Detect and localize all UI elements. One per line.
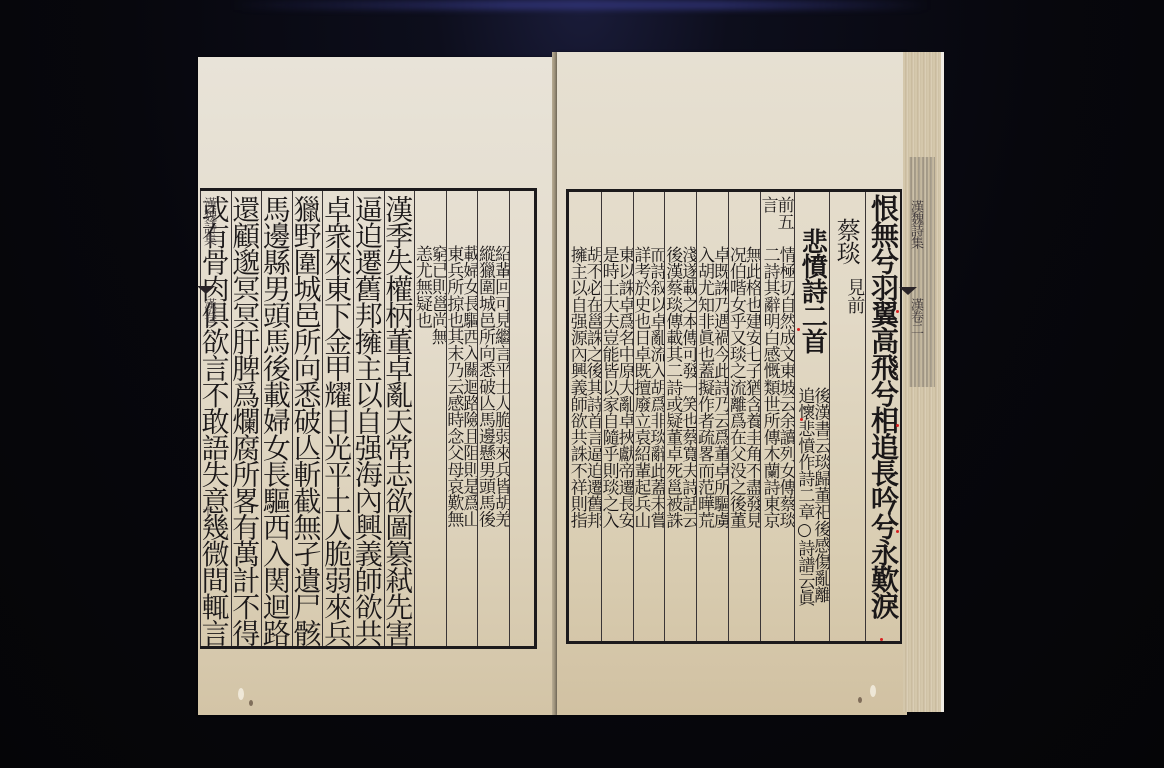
poem-title: 悲憤詩二首	[798, 228, 826, 353]
red-annotation-dot	[896, 310, 899, 313]
commentary-column: 淺遂載之本傳可發一笑也蔡寬夫詩話云 後漢蔡琰傳載其二詩或疑董卓死邕被誅	[664, 192, 696, 641]
poem-text-column: 逼迫遷舊邦擁主以自强海內興義師欲共討不祥	[353, 191, 384, 646]
author-note: 見前	[845, 278, 863, 314]
paper-stain	[249, 700, 253, 706]
title-column: 悲憤詩二首 後漢書云琰歸董祀後感傷亂離 追懷悲憤作詩二章○詩譜云眞	[794, 192, 830, 641]
poem-text-column: 馬邊縣男頭馬後載婦女長驅西入関迴路險且阻	[261, 191, 292, 646]
page-number-label: 十一	[199, 505, 215, 525]
commentary-line: 紹輩回可見繼言平士人脆弱來兵皆胡羌	[493, 191, 509, 646]
red-annotation-dot	[896, 530, 899, 533]
paper-stain	[858, 697, 862, 703]
pre-note: 前五	[776, 196, 792, 230]
commentary-line: 窮已則邕尚無	[430, 191, 446, 646]
volume-label: 漢卷二	[906, 298, 925, 334]
red-annotation-dot	[896, 424, 899, 427]
commentary-column: 東以誅卓爲名中原大亂卓挾獻帝遷長安 是時士大夫豈能皆以家自隨乎則琰之入	[601, 192, 633, 641]
author-name: 蔡琰	[833, 218, 859, 264]
pre-note: 言	[760, 196, 776, 213]
commentary-column: 紹輩回可見繼言平士人脆弱來兵皆胡羌 縱獵圍城邑所向悉破亾馬邊懸男頭馬後	[477, 191, 509, 646]
volume-label: 漢卷二	[199, 298, 218, 334]
book-title-label: 漢魏詩集	[199, 197, 218, 245]
ink-bleed-edges	[909, 157, 935, 387]
paper-stain	[870, 685, 876, 697]
author-column: 蔡琰 見前	[829, 192, 865, 641]
red-annotation-dot	[880, 638, 883, 641]
poem-text-column: 還顧邈冥冥肝脾爲爛腐所畧有萬計不得令屯聚	[231, 191, 262, 646]
commentary-column: 而詩叙以卓亂流入胡爲非琰辭此蓋未嘗 詳考於史也日卓既擅廢立袁紹輩起兵山	[633, 192, 665, 641]
right-columns: 恨無兮羽翼高飛兮相追長吟兮永歎淚下兮沾衣 蔡琰 見前 悲憤詩二首 後漢書云琰歸董…	[569, 192, 900, 641]
left-text-frame: 紹輩回可見繼言平士人脆弱來兵皆胡羌 縱獵圍城邑所向悉破亾馬邊懸男頭馬後 載婦女長…	[200, 188, 537, 649]
poem-text-column: 恨無兮羽翼高飛兮相追長吟兮永歎淚下兮沾衣	[865, 192, 900, 641]
fish-tail-mark	[197, 286, 215, 294]
commentary-column: 胡不必在邕誅之後其詩首言逼迫遷舊邦 擁主以自强源內興義師欲共誅不祥則指	[569, 192, 601, 641]
commentary-column: 卓既誅乃遇禍今此詩乃云爲董卓所驅虜 入胡尤知非眞也蓋擬作者疏畧而范曄荒	[696, 192, 728, 641]
commentary-column: 載婦女長驅西入關迴路險且阻則是爲山 東兵所掠也其末乃云感時念父母哀歎無	[446, 191, 478, 646]
page-edges-stack	[903, 52, 944, 712]
text-column-empty	[509, 191, 534, 646]
commentary-line: 後漢書云琰歸董祀後感傷亂離	[812, 387, 828, 637]
commentary-line: 卓既誅乃遇禍今此詩乃云爲董卓所驅虜	[712, 192, 728, 641]
commentary-line: 而詩叙以卓亂流入胡爲非琰辭此蓋未嘗	[648, 192, 664, 641]
commentary-column: 無此格也建安七子猶含養圭角不盡發見 况伯喈女乎又琰之流離爲在父没之後董	[728, 192, 760, 641]
commentary-line: 淺遂載之本傳可發一笑也蔡寬夫詩話云	[680, 192, 696, 641]
poem-text-column: 卓衆來東下金甲耀日光平土人脆弱來兵皆胡羌	[322, 191, 353, 646]
poem-text-column: 漢季失權柄董卓亂天常志欲圖篡弒先害諸賢良	[384, 191, 415, 646]
commentary-line: 胡不必在邕誅之後其詩首言逼迫遷舊邦	[585, 192, 601, 641]
poem-text-column: 或有骨肉俱欲言不敢語失意幾微間輒言斃降虜	[200, 191, 231, 646]
poem-text-column: 獵野圍城邑所向悉破亾斬截無孑遺尸骸相牚拒	[292, 191, 323, 646]
commentary-line: 無此格也建安七子猶含養圭角不盡發見	[744, 192, 760, 641]
commentary-line: 東以誅卓爲名中原大亂卓挾獻帝遷長安	[617, 192, 633, 641]
left-columns: 紹輩回可見繼言平士人脆弱來兵皆胡羌 縱獵圍城邑所向悉破亾馬邊懸男頭馬後 載婦女長…	[200, 191, 534, 646]
commentary-line: 載婦女長驅西入關迴路險且阻則是爲山	[461, 191, 477, 646]
fish-tail-mark	[899, 287, 917, 295]
commentary-line: 追懷悲憤作詩二章○詩譜云眞	[796, 387, 812, 637]
background-light-reflection	[230, 0, 930, 10]
book-title-label: 漢魏詩集	[906, 200, 925, 248]
commentary-line: 二詩其辭明白感慨類世所傳木蘭詩東京	[762, 246, 778, 528]
red-annotation-dot	[797, 328, 800, 331]
commentary-column: 窮已則邕尚無 恙尤無疑也	[414, 191, 446, 646]
pre-note-column: 前五 言 情極切自然成文東坡云余讀列女傳蔡琰 二詩其辭明白感慨類世所傳木蘭詩東京	[760, 192, 794, 641]
paper-stain	[238, 688, 244, 700]
right-text-frame: 恨無兮羽翼高飛兮相追長吟兮永歎淚下兮沾衣 蔡琰 見前 悲憤詩二首 後漢書云琰歸董…	[566, 189, 902, 644]
red-annotation-dot	[800, 418, 803, 421]
commentary-line: 情極切自然成文東坡云余讀列女傳蔡琰	[778, 246, 794, 528]
